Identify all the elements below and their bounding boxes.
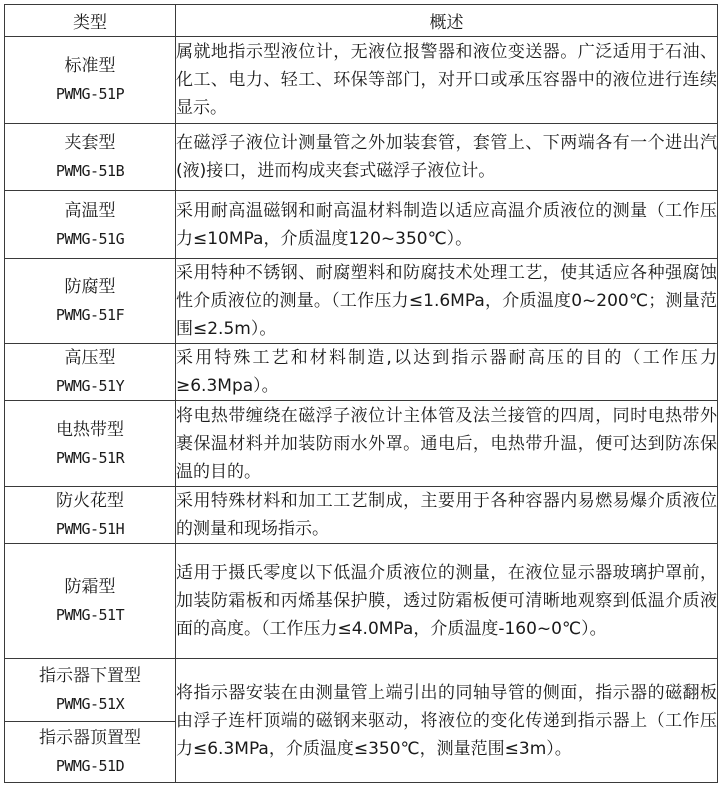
table-row: 夹套型PWMG-51B 在磁浮子液位计测量管之外加装套管，套管上、下两端各有一个… (5, 124, 718, 191)
type-cell: 标准型PWMG-51P (5, 37, 176, 124)
model-code: PWMG-51R (5, 444, 175, 472)
description-cell: 在磁浮子液位计测量管之外加装套管，套管上、下两端各有一个进出汽(液)接口，进而构… (176, 124, 718, 191)
type-name: 防霜型 (5, 573, 175, 601)
type-name: 高压型 (5, 344, 175, 372)
table-row: 标准型PWMG-51P 属就地指示型液位计，无液位报警器和液位变送器。广泛适用于… (5, 37, 718, 124)
model-code: PWMG-51Y (5, 372, 175, 400)
header-type: 类型 (5, 5, 176, 37)
table-row: 高压型PWMG-51Y 采用特殊工艺和材料制造,以达到指示器耐高压的目的（工作压… (5, 344, 718, 401)
model-code: PWMG-51H (5, 515, 175, 543)
type-cell: 指示器顶置型PWMG-51D (5, 722, 176, 783)
type-cell: 夹套型PWMG-51B (5, 124, 176, 191)
type-cell: 防霜型PWMG-51T (5, 544, 176, 659)
description-cell: 采用特种不锈钢、耐腐塑料和防腐技术处理工艺，使其适应各种强腐蚀性介质液位的测量。… (176, 259, 718, 344)
description-cell-merged: 将指示器安装在由测量管上端引出的同轴导管的侧面，指示器的磁翻板由浮子连杆顶端的磁… (176, 659, 718, 783)
type-cell: 防火花型PWMG-51H (5, 487, 176, 544)
type-name: 标准型 (5, 52, 175, 80)
type-cell: 高压型PWMG-51Y (5, 344, 176, 401)
type-name: 高温型 (5, 197, 175, 225)
description-cell: 将电热带缠绕在磁浮子液位计主体管及法兰接管的四周，同时电热带外裹保温材料并加装防… (176, 401, 718, 487)
table-row: 指示器下置型PWMG-51X 将指示器安装在由测量管上端引出的同轴导管的侧面，指… (5, 659, 718, 722)
model-code: PWMG-51G (5, 225, 175, 253)
model-code: PWMG-51B (5, 157, 175, 185)
type-cell: 指示器下置型PWMG-51X (5, 659, 176, 722)
type-name: 防腐型 (5, 273, 175, 301)
type-name: 指示器顶置型 (5, 724, 175, 752)
type-name: 夹套型 (5, 129, 175, 157)
type-cell: 防腐型PWMG-51F (5, 259, 176, 344)
model-code: PWMG-51D (5, 752, 175, 780)
type-name: 电热带型 (5, 416, 175, 444)
header-overview: 概述 (176, 5, 718, 37)
liquid-level-gauge-types-table: 类型 概述 标准型PWMG-51P 属就地指示型液位计，无液位报警器和液位变送器… (4, 4, 718, 783)
type-cell: 高温型PWMG-51G (5, 191, 176, 259)
description-cell: 采用耐高温磁钢和耐高温材料制造以适应高温介质液位的测量（工作压力≤10MPa，介… (176, 191, 718, 259)
description-cell: 采用特殊工艺和材料制造,以达到指示器耐高压的目的（工作压力≥6.3Mpa）。 (176, 344, 718, 401)
table-header-row: 类型 概述 (5, 5, 718, 37)
table-row: 高温型PWMG-51G 采用耐高温磁钢和耐高温材料制造以适应高温介质液位的测量（… (5, 191, 718, 259)
description-cell: 属就地指示型液位计，无液位报警器和液位变送器。广泛适用于石油、化工、电力、轻工、… (176, 37, 718, 124)
table-row: 电热带型PWMG-51R 将电热带缠绕在磁浮子液位计主体管及法兰接管的四周，同时… (5, 401, 718, 487)
model-code: PWMG-51X (5, 690, 175, 718)
description-cell: 适用于摄氏零度以下低温介质液位的测量，在液位显示器玻璃护罩前，加装防霜板和丙烯基… (176, 544, 718, 659)
description-cell: 采用特殊材料和加工工艺制成，主要用于各种容器内易燃易爆介质液位的测量和现场指示。 (176, 487, 718, 544)
type-name: 防火花型 (5, 487, 175, 515)
table-row: 防霜型PWMG-51T 适用于摄氏零度以下低温介质液位的测量，在液位显示器玻璃护… (5, 544, 718, 659)
model-code: PWMG-51F (5, 301, 175, 329)
type-cell: 电热带型PWMG-51R (5, 401, 176, 487)
table-row: 防腐型PWMG-51F 采用特种不锈钢、耐腐塑料和防腐技术处理工艺，使其适应各种… (5, 259, 718, 344)
model-code: PWMG-51P (5, 80, 175, 108)
type-name: 指示器下置型 (5, 662, 175, 690)
model-code: PWMG-51T (5, 601, 175, 629)
table-row: 防火花型PWMG-51H 采用特殊材料和加工工艺制成，主要用于各种容器内易燃易爆… (5, 487, 718, 544)
